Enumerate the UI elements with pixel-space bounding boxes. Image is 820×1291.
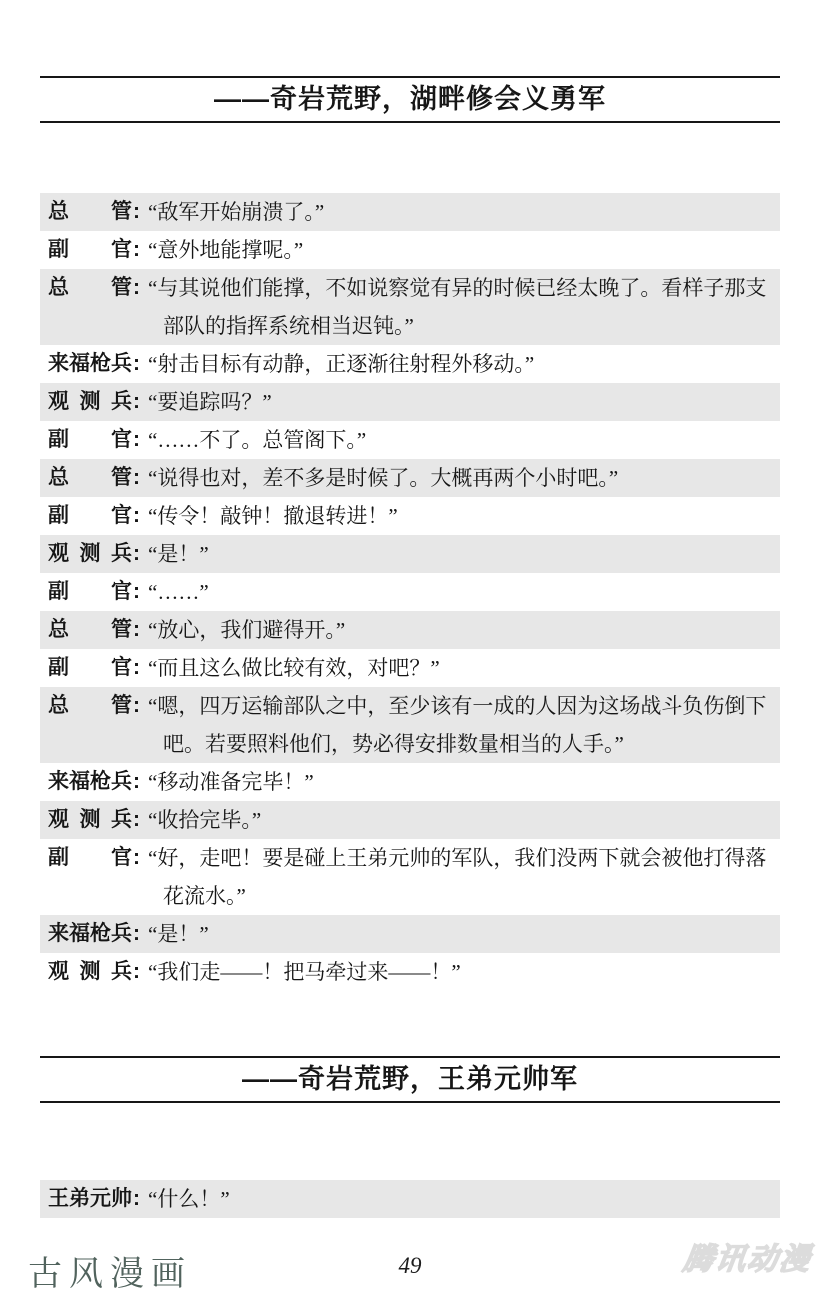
dialogue-row: 总管:“嗯，四万运输部队之中，至少该有一成的人因为这场战斗负伤倒下吧。若要照料他… [40, 687, 780, 763]
dialogue-text: “收拾完毕。” [148, 801, 768, 839]
dialogue-text: “而且这么做比较有效，对吧？” [148, 649, 768, 687]
dialogue-row: 副官:“而且这么做比较有效，对吧？” [40, 649, 780, 687]
dialogue-row: 来福枪兵:“移动准备完毕！” [40, 763, 780, 801]
speaker-colon: : [133, 269, 140, 307]
speaker-name: 总管 [48, 611, 132, 649]
speaker-label: 王弟元帅: [48, 1180, 140, 1218]
speaker-name: 观测兵 [48, 953, 132, 991]
dialogue-text: “……不了。总管阁下。” [148, 421, 768, 459]
speaker-label: 来福枪兵: [48, 915, 140, 953]
dialogue-text: “嗯，四万运输部队之中，至少该有一成的人因为这场战斗负伤倒下吧。若要照料他们，势… [148, 687, 768, 763]
speaker-label: 副官: [48, 497, 140, 535]
dialogue-text: “是！” [148, 915, 768, 953]
speaker-colon: : [133, 535, 140, 573]
speaker-label: 来福枪兵: [48, 763, 140, 801]
dialogue-row: 副官:“传令！敲钟！撤退转进！” [40, 497, 780, 535]
dialogue-row: 观测兵:“收拾完毕。” [40, 801, 780, 839]
speaker-name: 来福枪兵 [48, 345, 132, 383]
speaker-label: 总管: [48, 193, 140, 231]
speaker-colon: : [133, 801, 140, 839]
speaker-name: 副官 [48, 497, 132, 535]
dialogue-row: 观测兵:“我们走——！把马牵过来——！” [40, 953, 780, 991]
dialogue-table-lake-militia: 总管:“敌军开始崩溃了。”副官:“意外地能撑呢。”总管:“与其说他们能撑，不如说… [40, 193, 780, 991]
watermark-logo: 腾讯动漫 [681, 1234, 815, 1278]
speaker-colon: : [133, 839, 140, 877]
section-title: ——奇岩荒野，王弟元帅军 [40, 1058, 780, 1101]
speaker-label: 总管: [48, 611, 140, 649]
speaker-name: 观测兵 [48, 801, 132, 839]
dialogue-text: “我们走——！把马牵过来——！” [148, 953, 768, 991]
dialogue-text: “射击目标有动静，正逐渐往射程外移动。” [148, 345, 768, 383]
speaker-label: 总管: [48, 459, 140, 497]
speaker-colon: : [133, 573, 140, 611]
dialogue-row: 副官:“……” [40, 573, 780, 611]
dialogue-row: 总管:“与其说他们能撑，不如说察觉有异的时候已经太晚了。看样子那支部队的指挥系统… [40, 269, 780, 345]
speaker-colon: : [133, 763, 140, 801]
speaker-name: 观测兵 [48, 535, 132, 573]
speaker-colon: : [133, 345, 140, 383]
speaker-label: 观测兵: [48, 535, 140, 573]
speaker-label: 观测兵: [48, 383, 140, 421]
speaker-colon: : [133, 611, 140, 649]
dialogue-table-marshal: 王弟元帅:“什么！” [40, 1180, 780, 1218]
section-header-marshal: ——奇岩荒野，王弟元帅军 [40, 1056, 780, 1103]
speaker-name: 总管 [48, 687, 132, 725]
dialogue-row: 副官:“好，走吧！要是碰上王弟元帅的军队，我们没两下就会被他打得落花流水。” [40, 839, 780, 915]
speaker-colon: : [133, 231, 140, 269]
speaker-colon: : [133, 459, 140, 497]
dialogue-row: 来福枪兵:“是！” [40, 915, 780, 953]
speaker-label: 总管: [48, 687, 140, 725]
speaker-name: 总管 [48, 459, 132, 497]
dialogue-text: “移动准备完毕！” [148, 763, 768, 801]
speaker-name: 副官 [48, 839, 132, 877]
dialogue-row: 来福枪兵:“射击目标有动静，正逐渐往射程外移动。” [40, 345, 780, 383]
section-title: ——奇岩荒野，湖畔修会义勇军 [40, 78, 780, 121]
dialogue-row: 王弟元帅:“什么！” [40, 1180, 780, 1218]
dialogue-row: 总管:“说得也对，差不多是时候了。大概再两个小时吧。” [40, 459, 780, 497]
dialogue-row: 副官:“意外地能撑呢。” [40, 231, 780, 269]
speaker-name: 副官 [48, 231, 132, 269]
speaker-colon: : [133, 915, 140, 953]
speaker-name: 副官 [48, 649, 132, 687]
speaker-label: 副官: [48, 421, 140, 459]
speaker-name: 来福枪兵 [48, 763, 132, 801]
speaker-colon: : [133, 421, 140, 459]
speaker-colon: : [133, 687, 140, 725]
page-content: ——奇岩荒野，湖畔修会义勇军 总管:“敌军开始崩溃了。”副官:“意外地能撑呢。”… [0, 76, 820, 1218]
dialogue-text: “敌军开始崩溃了。” [148, 193, 768, 231]
dialogue-text: “是！” [148, 535, 768, 573]
dialogue-text: “……” [148, 573, 768, 611]
section-header-lake-militia: ——奇岩荒野，湖畔修会义勇军 [40, 76, 780, 123]
dialogue-row: 总管:“放心，我们避得开。” [40, 611, 780, 649]
dialogue-row: 观测兵:“要追踪吗？” [40, 383, 780, 421]
speaker-name: 副官 [48, 421, 132, 459]
dialogue-row: 观测兵:“是！” [40, 535, 780, 573]
dialogue-text: “好，走吧！要是碰上王弟元帅的军队，我们没两下就会被他打得落花流水。” [148, 839, 768, 915]
speaker-name: 副官 [48, 573, 132, 611]
speaker-name: 总管 [48, 193, 132, 231]
speaker-name: 王弟元帅 [48, 1180, 132, 1218]
speaker-colon: : [133, 497, 140, 535]
speaker-colon: : [133, 383, 140, 421]
speaker-label: 副官: [48, 839, 140, 877]
speaker-label: 观测兵: [48, 801, 140, 839]
dialogue-text: “说得也对，差不多是时候了。大概再两个小时吧。” [148, 459, 768, 497]
speaker-label: 总管: [48, 269, 140, 307]
dialogue-text: “要追踪吗？” [148, 383, 768, 421]
speaker-label: 副官: [48, 231, 140, 269]
dialogue-text: “意外地能撑呢。” [148, 231, 768, 269]
dialogue-text: “与其说他们能撑，不如说察觉有异的时候已经太晚了。看样子那支部队的指挥系统相当迟… [148, 269, 768, 345]
dialogue-text: “什么！” [148, 1180, 768, 1218]
speaker-name: 总管 [48, 269, 132, 307]
dialogue-row: 总管:“敌军开始崩溃了。” [40, 193, 780, 231]
speaker-name: 来福枪兵 [48, 915, 132, 953]
speaker-colon: : [133, 649, 140, 687]
speaker-label: 副官: [48, 573, 140, 611]
dialogue-text: “放心，我们避得开。” [148, 611, 768, 649]
speaker-colon: : [133, 953, 140, 991]
speaker-colon: : [133, 193, 140, 231]
dialogue-text: “传令！敲钟！撤退转进！” [148, 497, 768, 535]
speaker-label: 副官: [48, 649, 140, 687]
speaker-name: 观测兵 [48, 383, 132, 421]
speaker-label: 观测兵: [48, 953, 140, 991]
speaker-label: 来福枪兵: [48, 345, 140, 383]
speaker-colon: : [133, 1180, 140, 1218]
dialogue-row: 副官:“……不了。总管阁下。” [40, 421, 780, 459]
